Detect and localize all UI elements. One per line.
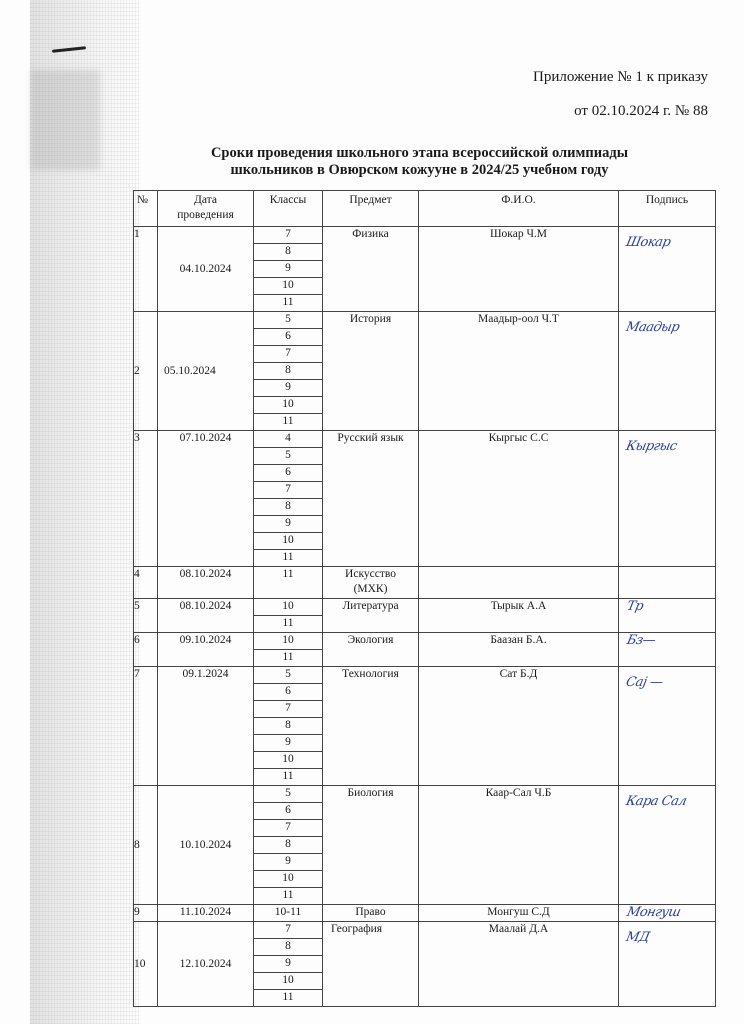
class-grade: 6 xyxy=(254,803,323,820)
class-grade: 7 xyxy=(254,922,323,939)
event-date: 08.10.2024 xyxy=(158,599,254,633)
class-grade: 8 xyxy=(254,718,323,735)
subject: Технология xyxy=(323,667,419,786)
event-date: 09.1.2024 xyxy=(158,667,254,786)
responsible-person: Каар-Сал Ч.Б xyxy=(419,786,619,905)
class-grade: 10 xyxy=(254,397,323,414)
row-number: 1 xyxy=(134,227,158,312)
table-row: 307.10.20244Русский языкКыргыс С.СКыргыс xyxy=(134,431,716,448)
handwritten-signature: Маадыр xyxy=(619,312,683,335)
responsible-person: Монгуш С.Д xyxy=(419,905,619,922)
handwritten-signature: Кара Сал xyxy=(619,786,690,809)
event-date: 11.10.2024 xyxy=(158,905,254,922)
row-number: 7 xyxy=(134,667,158,786)
class-grade: 7 xyxy=(254,346,323,363)
row-number: 9 xyxy=(134,905,158,922)
handwritten-signature: МД xyxy=(619,922,653,945)
class-grade: 8 xyxy=(254,244,323,261)
subject: Русский язык xyxy=(323,431,419,567)
class-grade: 10 xyxy=(254,599,323,616)
class-grade: 11 xyxy=(254,295,323,312)
event-date: 09.10.2024 xyxy=(158,633,254,667)
subject: Биология xyxy=(323,786,419,905)
class-grade: 9 xyxy=(254,380,323,397)
table-row: 1012.10.20247ГеографияМаалай Д.АМД xyxy=(134,922,716,939)
event-date: 08.10.2024 xyxy=(158,567,254,599)
row-number: 3 xyxy=(134,431,158,567)
responsible-person: Кыргыс С.С xyxy=(419,431,619,567)
handwritten-signature: Монгуш xyxy=(619,905,682,920)
class-grade: 5 xyxy=(254,786,323,803)
signature-cell: Монгуш xyxy=(619,905,716,922)
responsible-person: Сат Б.Д xyxy=(419,667,619,786)
col-header-date: Датапроведения xyxy=(158,191,254,227)
responsible-person: Маадыр-оол Ч.Т xyxy=(419,312,619,431)
class-grade: 11 xyxy=(254,550,323,567)
responsible-person: Тырык А.А xyxy=(419,599,619,633)
signature-cell: Бз— xyxy=(619,633,716,667)
handwritten-signature: Бз— xyxy=(619,633,657,648)
class-grade: 4 xyxy=(254,431,323,448)
event-date: 07.10.2024 xyxy=(158,431,254,567)
class-grade: 5 xyxy=(254,312,323,329)
annex-reference: Приложение № 1 к приказу xyxy=(533,69,708,86)
subject: География xyxy=(323,922,419,1007)
class-grade: 11 xyxy=(254,990,323,1007)
table-row: 810.10.20245БиологияКаар-Сал Ч.БКара Сал xyxy=(134,786,716,803)
signature-cell: Кара Сал xyxy=(619,786,716,905)
class-grade: 10 xyxy=(254,871,323,888)
signature-cell: Шокар xyxy=(619,227,716,312)
table-row: 911.10.202410-11ПравоМонгуш С.ДМонгуш xyxy=(134,905,716,922)
class-grade: 9 xyxy=(254,956,323,973)
class-grade: 8 xyxy=(254,837,323,854)
row-number: 2 xyxy=(134,312,158,431)
class-grade: 7 xyxy=(254,482,323,499)
table-row: 508.10.202410ЛитератураТырык А.АТр xyxy=(134,599,716,616)
table-row: 408.10.202411Искусство(МХК) xyxy=(134,567,716,599)
subject: История xyxy=(323,312,419,431)
signature-cell: Кыргыс xyxy=(619,431,716,567)
class-grade: 10 xyxy=(254,278,323,295)
class-grade: 8 xyxy=(254,939,323,956)
row-number: 8 xyxy=(134,786,158,905)
class-grade: 7 xyxy=(254,701,323,718)
table-row: 709.1.20245ТехнологияСат Б.ДСај — xyxy=(134,667,716,684)
handwritten-signature: Кыргыс xyxy=(619,431,680,454)
handwritten-signature: Тр xyxy=(619,599,645,614)
responsible-person: Маалай Д.А xyxy=(419,922,619,1007)
class-grade: 6 xyxy=(254,465,323,482)
class-grade: 8 xyxy=(254,363,323,380)
event-date: 05.10.2024 xyxy=(158,312,254,431)
class-grade: 7 xyxy=(254,227,323,244)
row-number: 5 xyxy=(134,599,158,633)
table-row: 104.10.20247ФизикаШокар Ч.МШокар xyxy=(134,227,716,244)
col-header-number: № xyxy=(134,191,158,227)
col-header-fio: Ф.И.О. xyxy=(419,191,619,227)
class-grade: 8 xyxy=(254,499,323,516)
olympiad-schedule-table: № Датапроведения Классы Предмет Ф.И.О. П… xyxy=(133,190,716,1007)
class-grade: 9 xyxy=(254,735,323,752)
class-grade: 10-11 xyxy=(254,905,323,922)
class-grade: 5 xyxy=(254,667,323,684)
event-date: 10.10.2024 xyxy=(158,786,254,905)
class-grade: 11 xyxy=(254,650,323,667)
document-title: Сроки проведения школьного этапа всеросс… xyxy=(0,145,744,179)
responsible-person: Баазан Б.А. xyxy=(419,633,619,667)
row-number: 4 xyxy=(134,567,158,599)
class-grade: 7 xyxy=(254,820,323,837)
subject: Право xyxy=(323,905,419,922)
signature-cell: Сај — xyxy=(619,667,716,786)
table-row: 609.10.202410ЭкологияБаазан Б.А.Бз— xyxy=(134,633,716,650)
class-grade: 10 xyxy=(254,633,323,650)
subject: Литература xyxy=(323,599,419,633)
table-header-row: № Датапроведения Классы Предмет Ф.И.О. П… xyxy=(134,191,716,227)
row-number: 6 xyxy=(134,633,158,667)
signature-cell: Маадыр xyxy=(619,312,716,431)
class-grade: 9 xyxy=(254,261,323,278)
class-grade: 9 xyxy=(254,854,323,871)
class-grade: 11 xyxy=(254,616,323,633)
subject: Физика xyxy=(323,227,419,312)
class-grade: 5 xyxy=(254,448,323,465)
col-header-subject: Предмет xyxy=(323,191,419,227)
responsible-person xyxy=(419,567,619,599)
handwritten-signature: Шокар xyxy=(619,227,674,250)
class-grade: 11 xyxy=(254,567,323,599)
event-date: 12.10.2024 xyxy=(158,922,254,1007)
responsible-person: Шокар Ч.М xyxy=(419,227,619,312)
class-grade: 10 xyxy=(254,752,323,769)
signature-cell: Тр xyxy=(619,599,716,633)
handwritten-signature: Сај — xyxy=(619,667,666,690)
class-grade: 10 xyxy=(254,533,323,550)
signature-cell xyxy=(619,567,716,599)
col-header-classes: Классы xyxy=(254,191,323,227)
class-grade: 9 xyxy=(254,516,323,533)
col-header-signature: Подпись xyxy=(619,191,716,227)
class-grade: 11 xyxy=(254,414,323,431)
order-date-number: от 02.10.2024 г. № 88 xyxy=(574,103,708,120)
table-row: 205.10.20245ИсторияМаадыр-оол Ч.ТМаадыр xyxy=(134,312,716,329)
class-grade: 6 xyxy=(254,329,323,346)
subject: Искусство(МХК) xyxy=(323,567,419,599)
class-grade: 10 xyxy=(254,973,323,990)
signature-cell: МД xyxy=(619,922,716,1007)
class-grade: 11 xyxy=(254,888,323,905)
class-grade: 6 xyxy=(254,684,323,701)
event-date: 04.10.2024 xyxy=(158,227,254,312)
class-grade: 11 xyxy=(254,769,323,786)
row-number: 10 xyxy=(134,922,158,1007)
subject: Экология xyxy=(323,633,419,667)
